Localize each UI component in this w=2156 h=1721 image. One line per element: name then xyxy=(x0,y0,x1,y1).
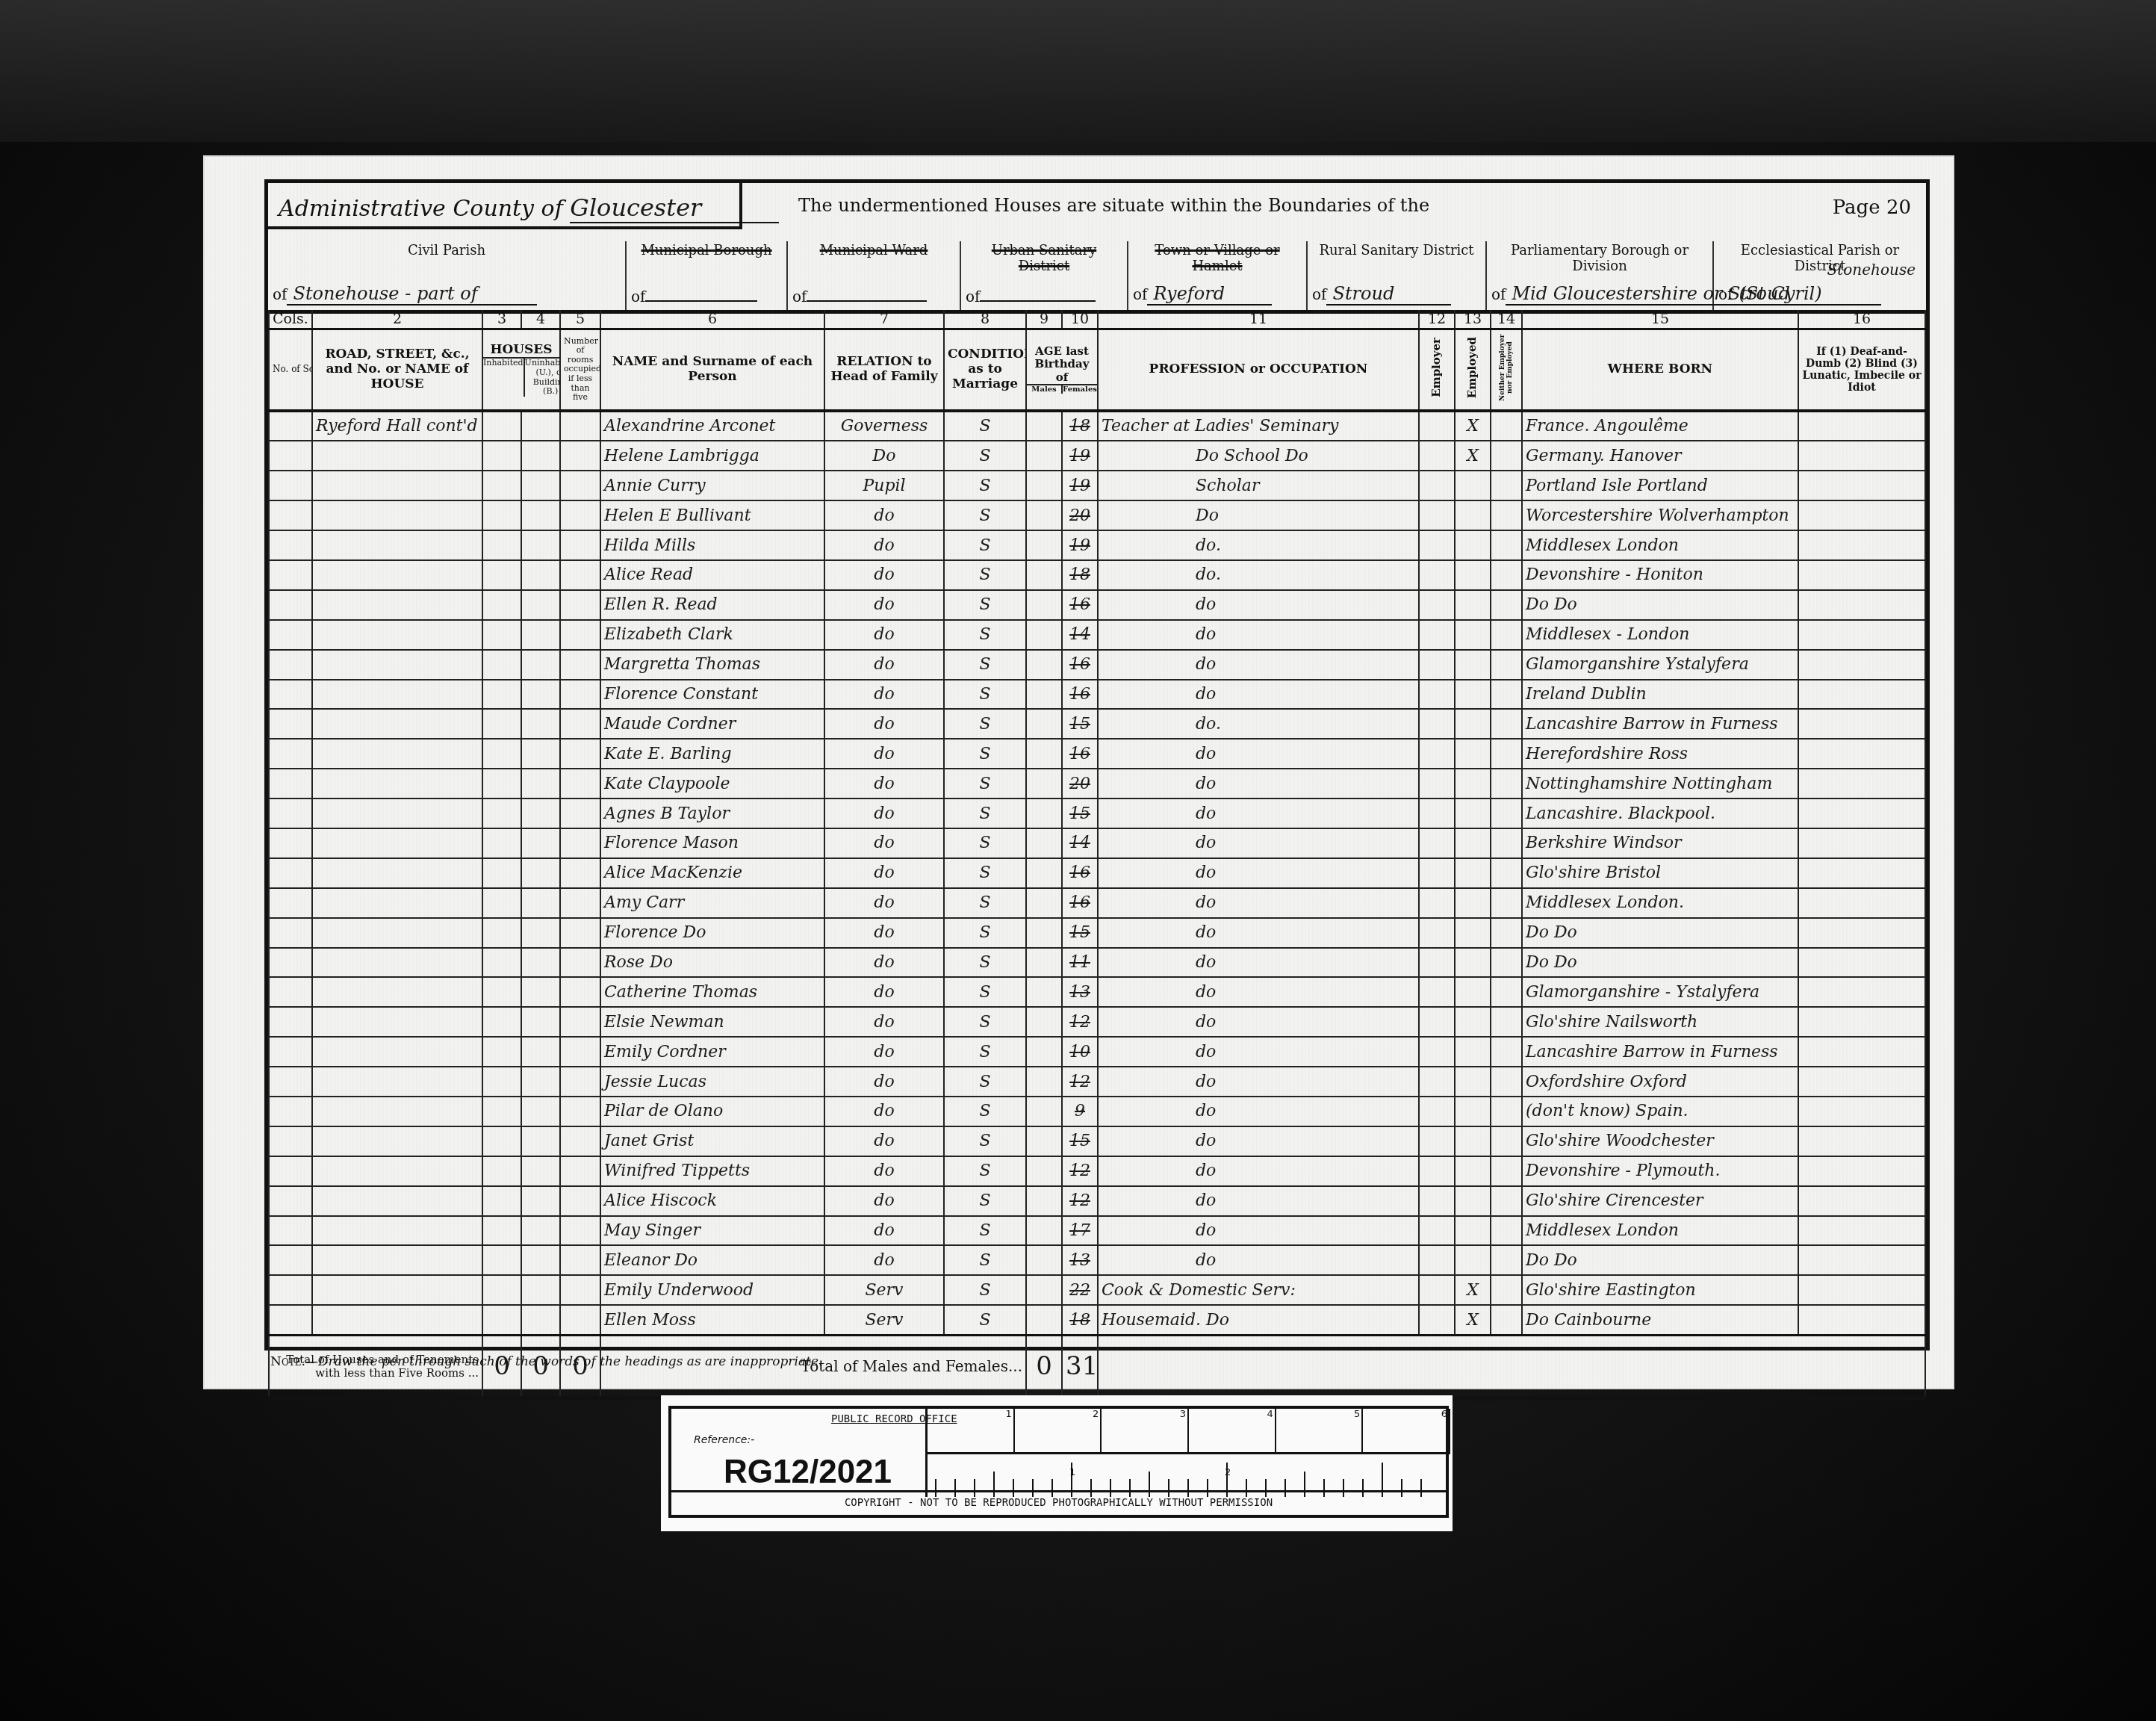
cell-inhabited xyxy=(482,471,521,500)
cell-schedule xyxy=(269,530,312,560)
cell-inhabited xyxy=(482,560,521,590)
totals-blank xyxy=(1098,1336,1925,1399)
cell-born: Glo'shire Nailsworth xyxy=(1522,1007,1798,1037)
cell-rooms xyxy=(560,1067,600,1097)
cell-uninhabited xyxy=(521,650,560,680)
cell-relation: do xyxy=(824,888,944,918)
cell-born: (don't know) Spain. xyxy=(1522,1097,1798,1126)
cell-employed xyxy=(1455,500,1491,530)
cell-neither xyxy=(1491,1097,1522,1126)
cell-house xyxy=(312,918,482,948)
reference-label: Reference:- xyxy=(694,1434,754,1446)
cell-occupation: do xyxy=(1098,1156,1419,1186)
cell-age-f: 19 xyxy=(1062,471,1098,500)
cell-employed: X xyxy=(1455,411,1491,441)
table-row: Helene LambriggaDoS19Do School DoXGerman… xyxy=(269,441,1925,471)
district-value xyxy=(807,300,927,302)
column-number: 9 xyxy=(1026,310,1062,329)
cell-age-m xyxy=(1026,918,1062,948)
cell-born: Portland Isle Portland xyxy=(1522,471,1798,500)
cell-employer xyxy=(1419,918,1455,948)
cell-occupation: do xyxy=(1098,858,1419,888)
cell-rooms xyxy=(560,560,600,590)
header-rooms: Number of rooms occupied if less than fi… xyxy=(560,329,600,411)
cell-uninhabited xyxy=(521,977,560,1007)
cell-neither xyxy=(1491,1305,1522,1335)
cell-condition: S xyxy=(944,977,1026,1007)
cell-employer xyxy=(1419,620,1455,650)
cell-relation: do xyxy=(824,828,944,858)
cell-schedule xyxy=(269,918,312,948)
cell-schedule xyxy=(269,948,312,978)
cell-age-m xyxy=(1026,1037,1062,1067)
cell-neither xyxy=(1491,948,1522,978)
cell-relation: do xyxy=(824,948,944,978)
cell-occupation: do xyxy=(1098,948,1419,978)
neither-label: Neither Employer nor Employed xyxy=(1499,330,1515,405)
cell-schedule xyxy=(269,739,312,769)
cell-uninhabited xyxy=(521,948,560,978)
cell-infirmity xyxy=(1798,1067,1925,1097)
cell-schedule xyxy=(269,1216,312,1246)
cell-neither xyxy=(1491,888,1522,918)
cell-age-m xyxy=(1026,1067,1062,1097)
cell-occupation: do xyxy=(1098,977,1419,1007)
cell-born: Oxfordshire Oxford xyxy=(1522,1067,1798,1097)
cell-schedule xyxy=(269,828,312,858)
header-age: AGE last Birthday of Males Females xyxy=(1026,329,1098,411)
header-neither: Neither Employer nor Employed xyxy=(1491,329,1522,411)
cell-occupation: Scholar xyxy=(1098,471,1419,500)
table-row: Elizabeth ClarkdoS14doMiddlesex - London xyxy=(269,620,1925,650)
cell-age-f: 12 xyxy=(1062,1007,1098,1037)
cell-house xyxy=(312,769,482,799)
cell-occupation: do xyxy=(1098,769,1419,799)
cell-employer xyxy=(1419,977,1455,1007)
cell-schedule xyxy=(269,500,312,530)
cell-infirmity xyxy=(1798,1126,1925,1156)
cell-condition: S xyxy=(944,1245,1026,1275)
cell-occupation: Housemaid. Do xyxy=(1098,1305,1419,1335)
cell-age-f: 16 xyxy=(1062,650,1098,680)
cell-employer xyxy=(1419,1305,1455,1335)
cell-house xyxy=(312,441,482,471)
cell-occupation: do. xyxy=(1098,709,1419,739)
table-row: Janet GristdoS15doGlo'shire Woodchester xyxy=(269,1126,1925,1156)
district-value-field: of(St Cyril) xyxy=(1718,283,1922,306)
cell-name: Ellen R. Read xyxy=(600,590,824,620)
cell-age-m xyxy=(1026,500,1062,530)
district-value xyxy=(980,300,1096,302)
cell-condition: S xyxy=(944,739,1026,769)
cell-house xyxy=(312,1156,482,1186)
header-condition: CONDITION as to Marriage xyxy=(944,329,1026,411)
district-above-note: Stonehouse xyxy=(1827,261,1916,279)
cell-employer xyxy=(1419,948,1455,978)
cell-employed xyxy=(1455,977,1491,1007)
cell-inhabited xyxy=(482,1126,521,1156)
cell-infirmity xyxy=(1798,1245,1925,1275)
cell-condition: S xyxy=(944,1305,1026,1335)
cell-age-m xyxy=(1026,709,1062,739)
cell-condition: S xyxy=(944,1126,1026,1156)
ruler-inch-label: 2 xyxy=(1225,1467,1231,1478)
table-row: Emily CordnerdoS10doLancashire Barrow in… xyxy=(269,1037,1925,1067)
table-row: Jessie LucasdoS12doOxfordshire Oxford xyxy=(269,1067,1925,1097)
cell-infirmity xyxy=(1798,411,1925,441)
cell-relation: Do xyxy=(824,441,944,471)
cell-occupation: Do xyxy=(1098,500,1419,530)
table-row: Emily UnderwoodServS22Cook & Domestic Se… xyxy=(269,1275,1925,1305)
cell-inhabited xyxy=(482,948,521,978)
cell-born: Berkshire Windsor xyxy=(1522,828,1798,858)
cell-infirmity xyxy=(1798,620,1925,650)
district-value: Stonehouse - part of xyxy=(287,283,536,306)
cell-neither xyxy=(1491,739,1522,769)
census-form: Administrative County of Gloucester The … xyxy=(264,179,1930,1351)
cell-name: Emily Cordner xyxy=(600,1037,824,1067)
cell-infirmity xyxy=(1798,1156,1925,1186)
cell-rooms xyxy=(560,1097,600,1126)
cell-employer xyxy=(1419,530,1455,560)
cell-infirmity xyxy=(1798,1216,1925,1246)
table-row: Helen E BullivantdoS20DoWorcestershire W… xyxy=(269,500,1925,530)
cell-age-f: 19 xyxy=(1062,441,1098,471)
cell-infirmity xyxy=(1798,858,1925,888)
cell-age-f: 13 xyxy=(1062,977,1098,1007)
reference-stamp: PUBLIC RECORD OFFICE Reference:- RG12/20… xyxy=(661,1395,1453,1531)
cell-employed xyxy=(1455,948,1491,978)
cell-born: Germany. Hanover xyxy=(1522,441,1798,471)
cell-house xyxy=(312,828,482,858)
table-row: Margretta ThomasdoS16doGlamorganshire Ys… xyxy=(269,650,1925,680)
header-schedule: No. of Schedule xyxy=(269,329,312,411)
column-number: Cols. 1 xyxy=(269,310,312,329)
cell-house xyxy=(312,739,482,769)
cell-schedule xyxy=(269,441,312,471)
cell-infirmity xyxy=(1798,500,1925,530)
cell-inhabited xyxy=(482,530,521,560)
cell-condition: S xyxy=(944,560,1026,590)
cell-house xyxy=(312,1305,482,1335)
table-row: Winifred TippettsdoS12doDevonshire - Ply… xyxy=(269,1156,1925,1186)
table-row: Florence MasondoS14doBerkshire Windsor xyxy=(269,828,1925,858)
cell-employer xyxy=(1419,769,1455,799)
cell-employed xyxy=(1455,471,1491,500)
cell-occupation: do xyxy=(1098,1245,1419,1275)
cell-neither xyxy=(1491,918,1522,948)
cell-condition: S xyxy=(944,650,1026,680)
cell-condition: S xyxy=(944,1156,1026,1186)
cell-uninhabited xyxy=(521,530,560,560)
cell-rooms xyxy=(560,828,600,858)
footnote: Note.—Draw the pen through such of the w… xyxy=(270,1354,822,1369)
cell-neither xyxy=(1491,799,1522,828)
header-houses: HOUSES Inhabited Uninhabited (U.), or Bu… xyxy=(482,329,560,411)
cell-schedule xyxy=(269,1305,312,1335)
cell-born: Devonshire - Honiton xyxy=(1522,560,1798,590)
cell-inhabited xyxy=(482,828,521,858)
column-number: 6 xyxy=(600,310,824,329)
table-row: Florence DodoS15doDo Do xyxy=(269,918,1925,948)
cell-age-m xyxy=(1026,948,1062,978)
column-number: 5 xyxy=(560,310,600,329)
cell-occupation: do xyxy=(1098,799,1419,828)
cell-schedule xyxy=(269,888,312,918)
cell-infirmity xyxy=(1798,918,1925,948)
cell-house xyxy=(312,709,482,739)
cell-employed xyxy=(1455,530,1491,560)
cell-occupation: Teacher at Ladies' Seminary xyxy=(1098,411,1419,441)
table-row: Pilar de OlanodoS9do(don't know) Spain. xyxy=(269,1097,1925,1126)
cell-age-m xyxy=(1026,799,1062,828)
cell-employed: X xyxy=(1455,441,1491,471)
header-employed: Employed xyxy=(1455,329,1491,411)
cell-employed xyxy=(1455,828,1491,858)
cell-born: Lancashire Barrow in Furness xyxy=(1522,709,1798,739)
table-row: Ryeford Hall cont'dAlexandrine ArconetGo… xyxy=(269,411,1925,441)
cell-relation: do xyxy=(824,1007,944,1037)
district-value-field: ofMid Gloucestershire or Stroud xyxy=(1491,283,1708,306)
cell-condition: S xyxy=(944,411,1026,441)
header-road: ROAD, STREET, &c., and No. or NAME of HO… xyxy=(312,329,482,411)
district-value-field: of xyxy=(966,288,1122,306)
cell-infirmity xyxy=(1798,1037,1925,1067)
column-number: 2 xyxy=(312,310,482,329)
district-value-field: of xyxy=(631,288,782,306)
cell-uninhabited xyxy=(521,769,560,799)
cell-inhabited xyxy=(482,1067,521,1097)
cell-house xyxy=(312,620,482,650)
header-infirmity: If (1) Deaf-and-Dumb (2) Blind (3) Lunat… xyxy=(1798,329,1925,411)
district-label: Town or Village or Hamlet xyxy=(1133,243,1302,274)
cell-employed xyxy=(1455,709,1491,739)
cell-uninhabited xyxy=(521,739,560,769)
cell-infirmity xyxy=(1798,799,1925,828)
cell-uninhabited xyxy=(521,888,560,918)
cell-house xyxy=(312,1275,482,1305)
cell-born: Glamorganshire - Ystalyfera xyxy=(1522,977,1798,1007)
cell-schedule xyxy=(269,858,312,888)
cell-age-f: 13 xyxy=(1062,1245,1098,1275)
district-label: Municipal Borough xyxy=(631,243,782,258)
cell-occupation: do xyxy=(1098,620,1419,650)
cell-house xyxy=(312,1126,482,1156)
cell-rooms xyxy=(560,1245,600,1275)
cell-rooms xyxy=(560,1126,600,1156)
cell-relation: do xyxy=(824,769,944,799)
cell-employer xyxy=(1419,1186,1455,1216)
cell-uninhabited xyxy=(521,828,560,858)
cell-relation: do xyxy=(824,530,944,560)
cell-house xyxy=(312,1097,482,1126)
cell-rooms xyxy=(560,1007,600,1037)
cell-age-m xyxy=(1026,620,1062,650)
cell-rooms xyxy=(560,500,600,530)
ruler-mark: 2 xyxy=(1015,1409,1102,1452)
column-number: 7 xyxy=(824,310,944,329)
cell-born: Glo'shire Eastington xyxy=(1522,1275,1798,1305)
cell-age-f: 14 xyxy=(1062,828,1098,858)
reference-number: RG12/2021 xyxy=(724,1454,892,1491)
cell-occupation: do. xyxy=(1098,530,1419,560)
district-7: Ecclesiastical Parish or DistrictStoneho… xyxy=(1714,241,1926,310)
cell-neither xyxy=(1491,471,1522,500)
cell-uninhabited xyxy=(521,1007,560,1037)
cell-house xyxy=(312,471,482,500)
cell-schedule xyxy=(269,769,312,799)
cell-infirmity xyxy=(1798,709,1925,739)
cell-name: Jessie Lucas xyxy=(600,1067,824,1097)
district-value-field: ofRyeford xyxy=(1133,283,1302,306)
cell-age-f: 18 xyxy=(1062,1305,1098,1335)
cell-infirmity xyxy=(1798,1186,1925,1216)
cell-occupation: do xyxy=(1098,1216,1419,1246)
cell-age-f: 15 xyxy=(1062,799,1098,828)
males-label: Males xyxy=(1027,385,1063,394)
cell-uninhabited xyxy=(521,858,560,888)
cell-age-f: 10 xyxy=(1062,1037,1098,1067)
cell-neither xyxy=(1491,828,1522,858)
cell-age-m xyxy=(1026,441,1062,471)
cell-inhabited xyxy=(482,500,521,530)
cell-employed xyxy=(1455,1156,1491,1186)
cell-born: Glamorganshire Ystalyfera xyxy=(1522,650,1798,680)
cell-born: France. Angoulême xyxy=(1522,411,1798,441)
cell-schedule xyxy=(269,620,312,650)
cell-name: Alice Read xyxy=(600,560,824,590)
cell-rooms xyxy=(560,1216,600,1246)
column-number: 15 xyxy=(1522,310,1798,329)
cell-age-m xyxy=(1026,1156,1062,1186)
cell-relation: do xyxy=(824,620,944,650)
cell-employer xyxy=(1419,590,1455,620)
cell-schedule xyxy=(269,680,312,710)
table-row: Alice MacKenziedoS16doGlo'shire Bristol xyxy=(269,858,1925,888)
note-text: —Draw the pen through such of the words … xyxy=(305,1354,822,1369)
census-table: Cols. 12345678910111213141516 No. of Sch… xyxy=(268,310,1926,1401)
cell-neither xyxy=(1491,1037,1522,1067)
cell-rooms xyxy=(560,918,600,948)
cell-uninhabited xyxy=(521,411,560,441)
district-label: Parliamentary Borough or Division xyxy=(1491,243,1708,274)
cell-house xyxy=(312,1186,482,1216)
cell-condition: S xyxy=(944,769,1026,799)
cell-born: Glo'shire Woodchester xyxy=(1522,1126,1798,1156)
cell-uninhabited xyxy=(521,1097,560,1126)
cell-relation: do xyxy=(824,799,944,828)
cell-employed xyxy=(1455,650,1491,680)
cell-relation: do xyxy=(824,1156,944,1186)
cell-name: Janet Grist xyxy=(600,1126,824,1156)
cell-name: Florence Constant xyxy=(600,680,824,710)
cell-inhabited xyxy=(482,1097,521,1126)
cell-relation: do xyxy=(824,709,944,739)
cell-rooms xyxy=(560,1186,600,1216)
cell-born: Nottinghamshire Nottingham xyxy=(1522,769,1798,799)
ruler-cm: 123456 xyxy=(928,1409,1450,1454)
total-males: 0 xyxy=(1026,1336,1062,1399)
cell-employer xyxy=(1419,709,1455,739)
cell-neither xyxy=(1491,530,1522,560)
cell-relation: Serv xyxy=(824,1305,944,1335)
cell-age-m xyxy=(1026,828,1062,858)
cell-condition: S xyxy=(944,828,1026,858)
cell-name: Catherine Thomas xyxy=(600,977,824,1007)
cell-schedule xyxy=(269,650,312,680)
cell-uninhabited xyxy=(521,1186,560,1216)
header-name: NAME and Surname of each Person xyxy=(600,329,824,411)
cell-neither xyxy=(1491,650,1522,680)
header-where-born: WHERE BORN xyxy=(1522,329,1798,411)
district-3: Urban Sanitary Districtof xyxy=(961,241,1128,310)
cell-condition: S xyxy=(944,1186,1026,1216)
cell-employer xyxy=(1419,680,1455,710)
cell-name: Florence Do xyxy=(600,918,824,948)
district-1: Municipal Boroughof xyxy=(627,241,788,310)
ruler-mark: 6 xyxy=(1363,1409,1450,1452)
age-label: AGE last Birthday of xyxy=(1027,345,1097,384)
column-number: 11 xyxy=(1098,310,1419,329)
cell-relation: do xyxy=(824,560,944,590)
cell-schedule xyxy=(269,977,312,1007)
cell-employer xyxy=(1419,799,1455,828)
cell-condition: S xyxy=(944,888,1026,918)
cell-employer xyxy=(1419,500,1455,530)
cell-employer xyxy=(1419,441,1455,471)
cell-neither xyxy=(1491,1067,1522,1097)
cell-rooms xyxy=(560,888,600,918)
cell-employer xyxy=(1419,1007,1455,1037)
cell-employer xyxy=(1419,1245,1455,1275)
cell-relation: Serv xyxy=(824,1275,944,1305)
cell-employer xyxy=(1419,828,1455,858)
cell-employed xyxy=(1455,918,1491,948)
cell-age-m xyxy=(1026,1186,1062,1216)
cell-rooms xyxy=(560,620,600,650)
district-2: Municipal Wardof xyxy=(788,241,961,310)
cell-inhabited xyxy=(482,650,521,680)
cell-condition: S xyxy=(944,1216,1026,1246)
cell-born: Worcestershire Wolverhampton xyxy=(1522,500,1798,530)
cell-inhabited xyxy=(482,1275,521,1305)
cell-schedule xyxy=(269,560,312,590)
cell-employer xyxy=(1419,1097,1455,1126)
cell-employed xyxy=(1455,1245,1491,1275)
cell-neither xyxy=(1491,1007,1522,1037)
district-4: Town or Village or HamletofRyeford xyxy=(1128,241,1308,310)
cell-name: Helen E Bullivant xyxy=(600,500,824,530)
cell-condition: S xyxy=(944,680,1026,710)
cell-condition: S xyxy=(944,1007,1026,1037)
cell-infirmity xyxy=(1798,471,1925,500)
cell-relation: do xyxy=(824,1216,944,1246)
cell-born: Do Do xyxy=(1522,590,1798,620)
cell-employer xyxy=(1419,888,1455,918)
district-row: Civil ParishofStonehouse - part ofMunici… xyxy=(268,241,1926,314)
cell-house xyxy=(312,948,482,978)
cell-employed xyxy=(1455,1216,1491,1246)
cell-occupation: do xyxy=(1098,828,1419,858)
cell-neither xyxy=(1491,560,1522,590)
census-sheet: Administrative County of Gloucester The … xyxy=(203,155,1954,1389)
cell-age-f: 16 xyxy=(1062,858,1098,888)
cell-house xyxy=(312,858,482,888)
cell-house xyxy=(312,590,482,620)
cell-condition: S xyxy=(944,620,1026,650)
header-employer: Employer xyxy=(1419,329,1455,411)
cell-name: Hilda Mills xyxy=(600,530,824,560)
